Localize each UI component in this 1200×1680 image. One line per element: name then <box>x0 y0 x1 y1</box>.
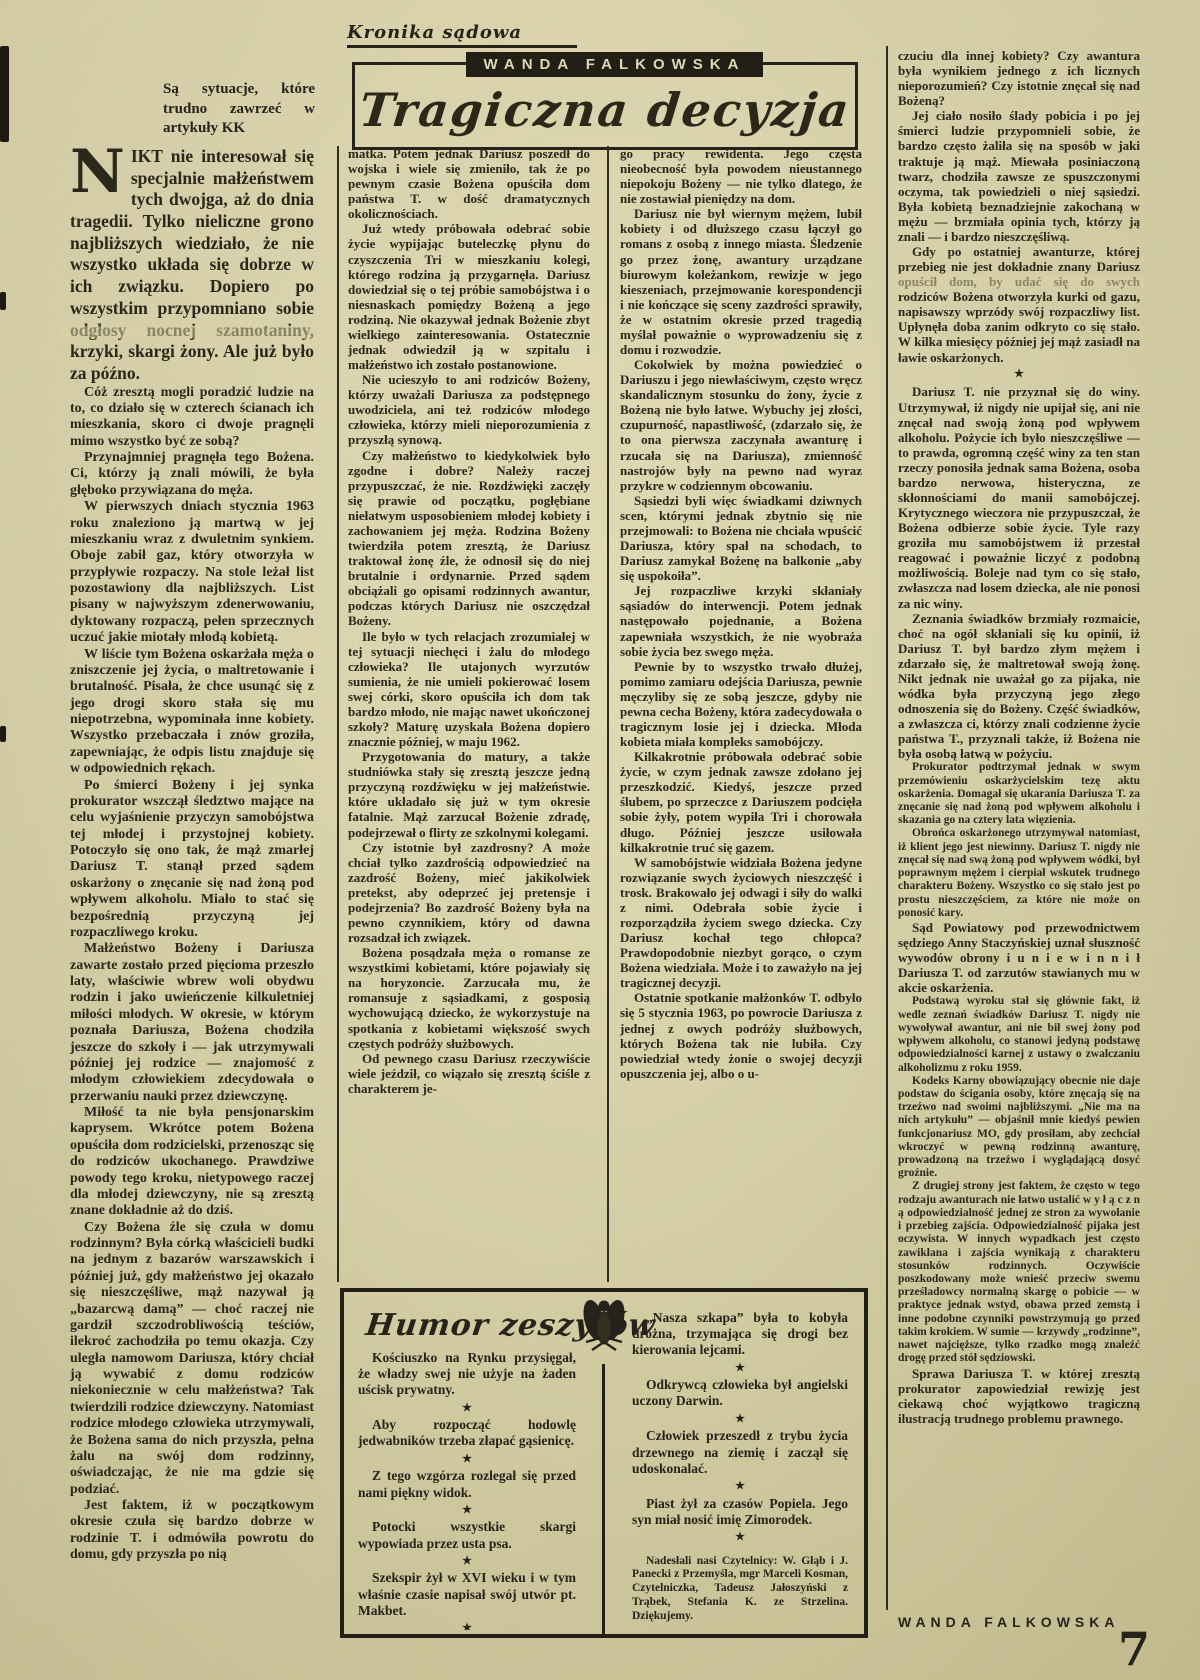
paragraph: Zeznania świadków brzmiały rozmaicie, ch… <box>898 611 1140 762</box>
article-column-1: NIKT nie interesował się specjalnie małż… <box>70 146 314 1616</box>
paragraph: Od pewnego czasu Dariusz rzeczywiście wi… <box>348 1051 590 1096</box>
star-separator: ★ <box>358 1552 576 1571</box>
paragraph: Sąsiedzi byli więc świadkami dziwnych sc… <box>620 493 862 583</box>
paragraph: „Nasza szkapa” była to kobyła drożna, tr… <box>632 1310 848 1359</box>
paragraph: Podstawą wyroku stał się głównie fakt, i… <box>898 995 1140 1074</box>
star-separator: ★ <box>632 1477 848 1496</box>
star-separator: ★ <box>632 1528 848 1547</box>
paragraph: Szekspir żył w XVI wieku i w tym właśnie… <box>358 1570 576 1619</box>
paragraph: Sprawa Dariusza T. w której zresztą prok… <box>898 1366 1140 1426</box>
author-signature: WANDA FALKOWSKA <box>898 1614 1140 1630</box>
paragraph: Ile było w tych relacjach zrozumiałej w … <box>348 629 590 750</box>
paragraph: Aby rozpocząć hodowlę jedwabników trzeba… <box>358 1417 576 1449</box>
paragraph: Bożena posądzała męża o romanse ze wszys… <box>348 945 590 1051</box>
paragraph: czuciu dla innej kobiety? Czy awantura b… <box>898 48 1140 108</box>
article-column-2: matka. Potem jednak Dariusz poszedł do w… <box>348 146 590 1284</box>
paragraph: Człowiek przeszedł z trybu życia drzewne… <box>632 1428 848 1477</box>
paragraph: Pewnie by to wszystko trwało dłużej, pom… <box>620 659 862 749</box>
paragraph: Gdy po ostatniej awanturze, której przeb… <box>898 244 1140 365</box>
paragraph: Obrońca oskarżonego utrzymywał natomiast… <box>898 827 1140 920</box>
section-label: Kronika sądowa <box>347 22 577 48</box>
paragraph: Czy istotnie był zazdrosny? A może chcia… <box>348 840 590 946</box>
star-separator: ★ <box>358 1501 576 1520</box>
paragraph: Piast żył za czasów Popiela. Jego syn mi… <box>632 1496 848 1528</box>
scan-artifact <box>0 292 6 310</box>
star-separator: ★ <box>358 1399 576 1418</box>
paragraph: Nie ucieszyło to ani rodziców Bożeny, kt… <box>348 372 590 447</box>
paragraph: Odkrywcą człowieka był angielski uczony … <box>632 1377 848 1409</box>
paragraph: Cóż zresztą mogli poradzić ludzie na to,… <box>70 385 314 451</box>
scan-artifact <box>0 726 6 742</box>
paragraph: Nadesłali nasi Czytelnicy: W. Głąb i J. … <box>632 1555 848 1624</box>
humor-box: Humor zeszytów Kościuszko na Rynku przys… <box>340 1288 868 1638</box>
paragraph: Czy małżeństwo to kiedykolwiek było zgod… <box>348 448 590 629</box>
article-title-box: WANDA FALKOWSKA Tragiczna decyzja <box>352 62 858 150</box>
star-separator: ★ <box>632 1410 848 1429</box>
print-smear <box>60 326 335 338</box>
paragraph: Przygotowania do matury, a także studnió… <box>348 749 590 839</box>
paragraph: Po śmierci Bożeny i jej synka prokurator… <box>70 778 314 942</box>
paragraph: Już wtedy próbowała odebrać sobie życie … <box>348 221 590 372</box>
standfirst: Są sytuacje, które trudno zawrzeć w arty… <box>163 80 315 139</box>
paragraph: W samobójstwie widziała Bożena jedyne ro… <box>620 855 862 991</box>
drop-cap: N <box>70 146 131 197</box>
paragraph: go pracy rewidenta. Jego częsta nieobecn… <box>620 146 862 206</box>
newspaper-page: Kronika sądowa WANDA FALKOWSKA Tragiczna… <box>0 0 1200 1680</box>
paragraph: Miłość ta nie była pensjonarskim kapryse… <box>70 1105 314 1220</box>
article-title: Tragiczna decyzja <box>352 83 858 137</box>
paragraph: Kodeks Karny obowiązujący obecnie nie da… <box>898 1075 1140 1181</box>
paragraph: Kościuszko na Rynku przysięgał, że władz… <box>358 1350 576 1399</box>
paragraph: Jej rozpaczliwe krzyki skłaniały sąsiadó… <box>620 583 862 658</box>
paragraph: Czy Bożena źle się czuła w domu rodzinny… <box>70 1220 314 1498</box>
star-separator: ★ <box>358 1619 576 1630</box>
star-separator: ★ <box>358 1450 576 1469</box>
paragraph: Jest faktem, iż w początkowym okresie cz… <box>70 1498 314 1564</box>
paragraph: Z drugiej strony jest faktem, że często … <box>898 1180 1140 1365</box>
author-banner: WANDA FALKOWSKA <box>466 52 763 77</box>
paragraph: Dariusz T. nie przyznał się do winy. Utr… <box>898 384 1140 610</box>
paragraph: Przynajmniej pragnęła tego Bożena. Ci, k… <box>70 450 314 499</box>
humor-left-column: Kościuszko na Rynku przysięgał, że władz… <box>358 1350 576 1630</box>
paragraph: Jej ciało nosiło ślady pobicia i po jej … <box>898 108 1140 244</box>
fly-icon <box>576 1294 632 1366</box>
humor-right-column: „Nasza szkapa” była to kobyła drożna, tr… <box>632 1310 848 1632</box>
paragraph: Prokurator podtrzymał jednak w swym prze… <box>898 761 1140 827</box>
paragraph: W liście tym Bożena oskarżała męża o zni… <box>70 647 314 778</box>
paragraph: Sąd Powiatowy pod przewodnictwem sędzieg… <box>898 920 1140 995</box>
fly-pin-divider <box>602 1364 605 1634</box>
paragraph: Z tego wzgórza rozlegał się przed nami p… <box>358 1468 576 1500</box>
column-rule <box>607 146 609 1282</box>
star-separator: ★ <box>632 1359 848 1378</box>
article-column-3: go pracy rewidenta. Jego częsta nieobecn… <box>620 146 862 1284</box>
paragraph: Dariusz nie był wiernym mężem, lubił kob… <box>620 206 862 357</box>
paragraph: Cokolwiek by można powiedzieć o Dariuszu… <box>620 357 862 493</box>
page-number: 7 <box>1118 1622 1150 1676</box>
lead-paragraph: NIKT nie interesował się specjalnie małż… <box>70 146 314 385</box>
paragraph: Potocki wszystkie skargi wypowiada przez… <box>358 1519 576 1551</box>
print-smear <box>890 276 1145 288</box>
star-separator: ★ <box>898 365 1140 385</box>
paragraph: matka. Potem jednak Dariusz poszedł do w… <box>348 146 590 221</box>
paragraph: W pierwszych dniach stycznia 1963 roku z… <box>70 499 314 646</box>
paragraph: Ostatnie spotkanie małżonków T. odbyło s… <box>620 990 862 1080</box>
paragraph: Małżeństwo Bożeny i Dariusza zawarte zos… <box>70 941 314 1105</box>
paragraph: Kilkakrotnie próbowała odebrać sobie życ… <box>620 749 862 855</box>
scan-artifact <box>0 46 9 142</box>
column-rule <box>337 146 339 1282</box>
column-rule <box>886 46 888 1610</box>
